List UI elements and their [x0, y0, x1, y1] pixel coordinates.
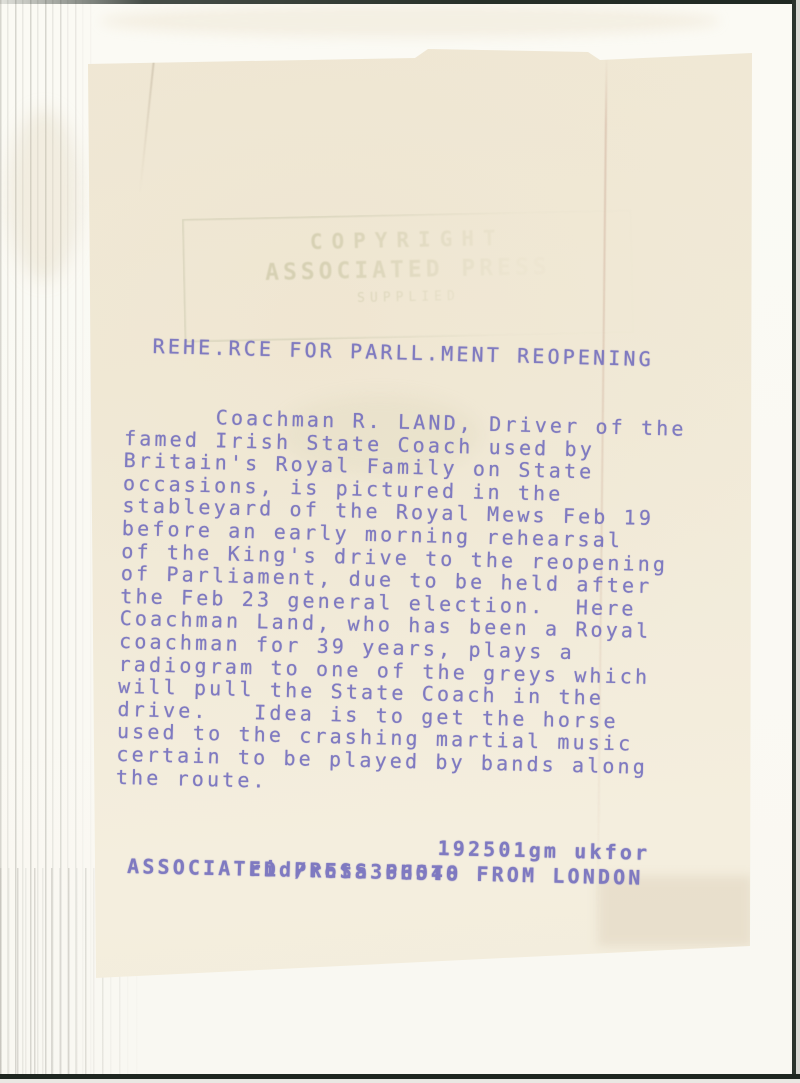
scan-edge-top: [0, 0, 800, 4]
copyright-stamp: COPYRIGHT ASSOCIATED PRESS SUPPLIED: [182, 209, 634, 342]
paper-stain: [8, 110, 80, 280]
caption-body: Coachman R. LAND, Driver of thefamed Iri…: [116, 404, 687, 802]
scan-edge-bottom-grey: [0, 1079, 800, 1083]
scan-edge-bottom: [0, 1074, 800, 1079]
stamp-line-copyright: COPYRIGHT: [184, 223, 630, 256]
stamp-line-agency: ASSOCIATED PRESS: [185, 252, 631, 287]
photo-back-paper: COPYRIGHT ASSOCIATED PRESS SUPPLIED REHE…: [0, 0, 800, 1083]
wire-timestamp: 192501gm ukfor: [437, 836, 650, 865]
paper-stain: [100, 5, 720, 37]
scan-edge-right-grey: [796, 0, 800, 1083]
stamp-line-supplied: SUPPLIED: [185, 285, 631, 309]
photo-reference-number: rid/rota366548: [248, 856, 461, 885]
caption-footer: rid/rota366548 192501gm ukfor ASSOCIATED…: [127, 829, 644, 890]
scan-edge-right: [792, 0, 796, 1083]
photo-verso-scan: COPYRIGHT ASSOCIATED PRESS SUPPLIED REHE…: [0, 0, 800, 1083]
